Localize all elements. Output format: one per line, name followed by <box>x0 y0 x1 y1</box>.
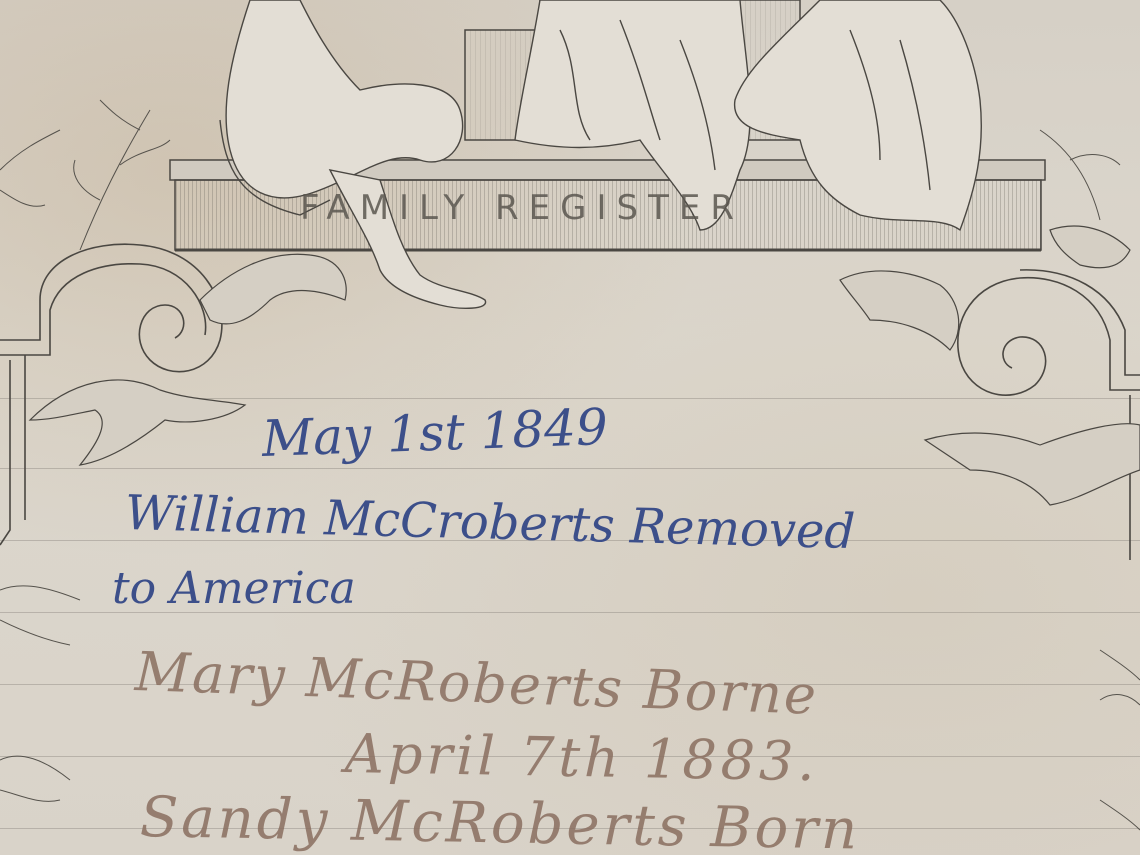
entry-sandy-born: Sandy McRoberts Born <box>139 785 860 855</box>
right-scroll-ornament <box>958 270 1140 560</box>
family-register-title: FAMILY REGISTER <box>300 188 920 228</box>
entry-text: April 7th 1883. <box>344 722 819 793</box>
entry-text: Sandy McRoberts Born <box>139 785 860 855</box>
entry-date-1849: May 1st 1849 <box>261 398 609 468</box>
entry-text: May 1st 1849 <box>261 398 609 468</box>
entry-text: to America <box>112 563 356 614</box>
seated-figures <box>220 0 981 308</box>
entry-april-1883: April 7th 1883. <box>344 722 819 793</box>
entry-to-america: to America <box>112 563 356 614</box>
